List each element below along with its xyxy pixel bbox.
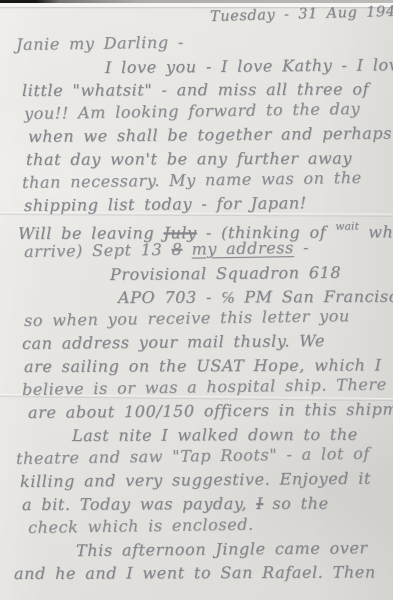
text-run: This afternoon Jingle came over bbox=[76, 538, 368, 560]
letter-line: shipping list today - for Japan! bbox=[24, 190, 393, 217]
letter-line-with-correction: arrive) Sept 13 8 my address - bbox=[24, 235, 393, 263]
text-run: than necessary. My name was on the bbox=[22, 168, 362, 192]
letter-line: believe is or was a hospital ship. There bbox=[22, 372, 393, 401]
letter-line: and he and I went to San Rafael. Then bbox=[14, 560, 393, 585]
text-run: are about 100/150 officers in this shipm… bbox=[28, 399, 393, 422]
text-run: - bbox=[294, 238, 309, 257]
text-run: Provisional Squadron 618 bbox=[110, 263, 341, 284]
text-run: shipping list today - for Japan! bbox=[24, 193, 307, 215]
text-run: believe is or was a hospital ship. There bbox=[22, 375, 387, 399]
text-run: can address your mail thusly. We bbox=[22, 331, 325, 353]
text-run: you!! Am looking forward to the day bbox=[24, 99, 360, 123]
letter-line: you!! Am looking forward to the day bbox=[24, 97, 393, 125]
text-run: so when you receive this letter you bbox=[24, 306, 350, 330]
text-run: killing and very suggestive. Enjoyed it bbox=[20, 469, 371, 491]
letter-body: Tuesday - 31 Aug 1948 Janie my Darling -… bbox=[10, 6, 393, 585]
letter-line: so when you receive this letter you bbox=[24, 304, 393, 332]
letter-line: are about 100/150 officers in this shipm… bbox=[28, 397, 393, 424]
date-text: Tuesday - 31 Aug 1948 bbox=[210, 4, 393, 25]
text-run bbox=[182, 240, 191, 259]
text-run: and he and I went to San Rafael. Then bbox=[14, 562, 376, 583]
text-run: arrive) Sept 13 bbox=[24, 240, 172, 261]
address-line-squadron: Provisional Squadron 618 bbox=[110, 260, 393, 286]
inserted-word: wait bbox=[335, 221, 359, 233]
text-run: when we shall be together and perhaps bbox=[28, 124, 392, 146]
letter-line: I love you - I love Kathy - I love bbox=[105, 53, 393, 79]
letter-line: killing and very suggestive. Enjoyed it bbox=[20, 466, 393, 493]
text-run: I love you - I love Kathy - I love bbox=[105, 55, 393, 77]
text-run: so the bbox=[263, 494, 329, 513]
text-run: check which is enclosed. bbox=[28, 515, 254, 537]
letter-line: theatre and saw "Tap Roots" - a lot of bbox=[16, 441, 393, 470]
letter-line: This afternoon Jingle came over bbox=[76, 536, 393, 562]
text-run: a bit. Today was payday, bbox=[22, 494, 256, 514]
text-run: theatre and saw "Tap Roots" - a lot of bbox=[16, 444, 370, 468]
letter-scan: { "colors": { "paper": "#e8e6e2", "penci… bbox=[0, 0, 393, 600]
salutation-line: Janie my Darling - bbox=[16, 27, 393, 56]
date-line: Tuesday - 31 Aug 1948 bbox=[210, 1, 393, 29]
struck-word: 8 bbox=[171, 240, 182, 259]
underlined-phrase: my address bbox=[191, 238, 294, 259]
salutation-text: Janie my Darling - bbox=[16, 33, 184, 54]
letter-line: check which is enclosed. bbox=[28, 511, 393, 539]
letter-line: than necessary. My name was on the bbox=[22, 165, 393, 194]
letter-line: when we shall be together and perhaps bbox=[28, 121, 393, 148]
letter-line: can address your mail thusly. We bbox=[22, 328, 393, 355]
